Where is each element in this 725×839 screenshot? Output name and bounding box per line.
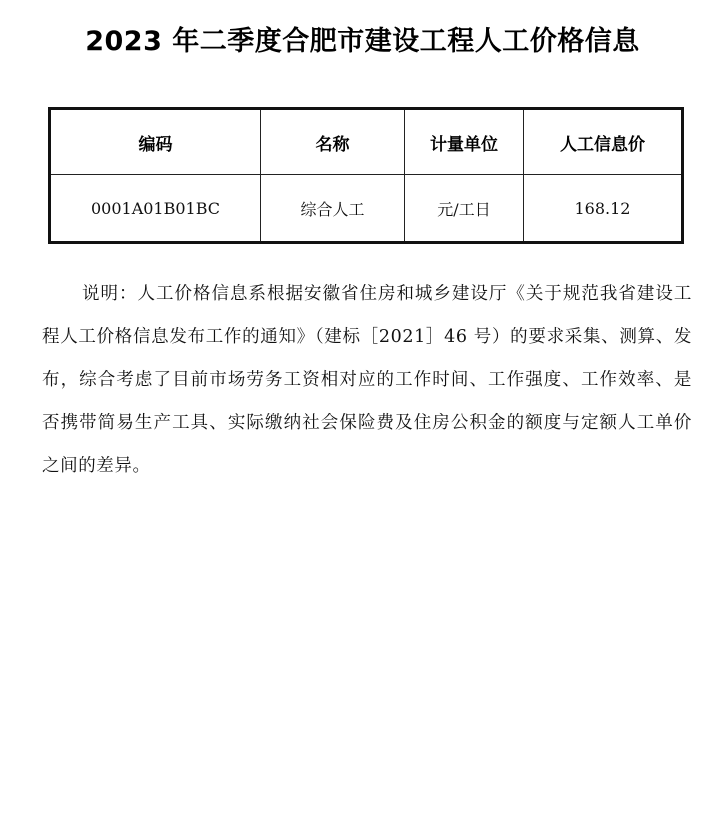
header-price: 人工信息价 xyxy=(524,109,683,175)
page-title: 2023 年二季度合肥市建设工程人工价格信息 xyxy=(0,22,725,62)
cell-price: 168.12 xyxy=(524,175,683,243)
labor-price-table: 编码 名称 计量单位 人工信息价 0001A01B01BC 综合人工 元/工日 … xyxy=(48,107,684,244)
table-row: 0001A01B01BC 综合人工 元/工日 168.12 xyxy=(50,175,683,243)
cell-name: 综合人工 xyxy=(261,175,405,243)
cell-unit: 元/工日 xyxy=(405,175,524,243)
explanation-note: 说明：人工价格信息系根据安徽省住房和城乡建设厅《关于规范我省建设工程人工价格信息… xyxy=(42,273,692,488)
header-name: 名称 xyxy=(261,109,405,175)
header-code: 编码 xyxy=(50,109,261,175)
header-unit: 计量单位 xyxy=(405,109,524,175)
cell-code: 0001A01B01BC xyxy=(50,175,261,243)
table-header-row: 编码 名称 计量单位 人工信息价 xyxy=(50,109,683,175)
